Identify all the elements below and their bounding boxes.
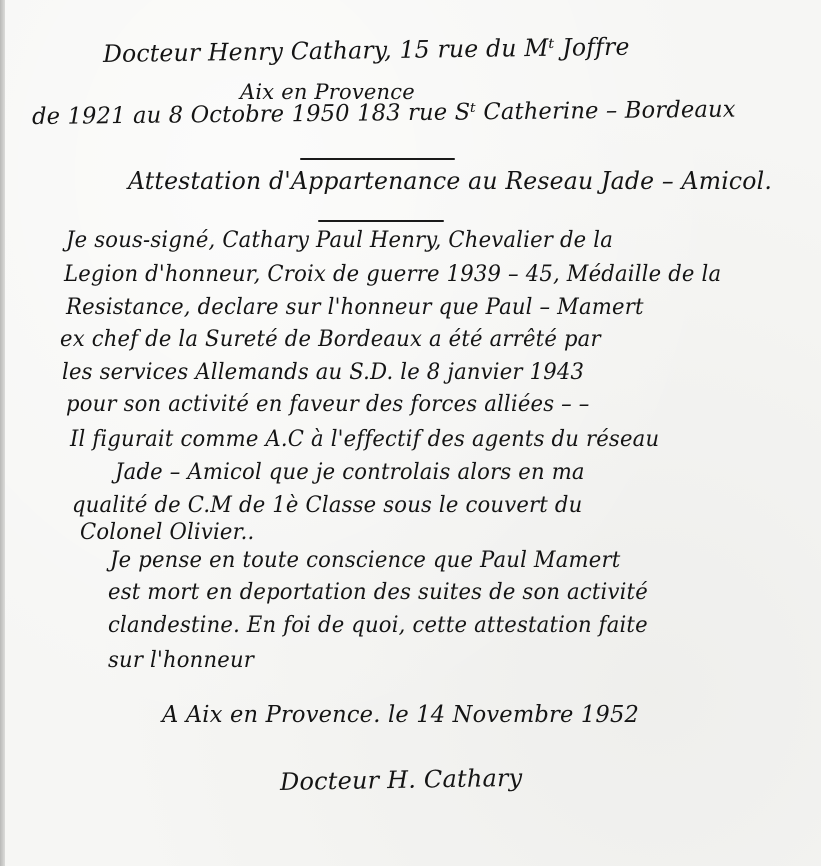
title-rule-above (300, 158, 455, 160)
signature: Docteur H. Cathary (280, 764, 523, 796)
place-and-date: A Aix en Provence. le 14 Novembre 1952 (162, 702, 639, 728)
body-line: Jade – Amicol que je controlais alors en… (115, 460, 585, 485)
title-rule-below (318, 220, 444, 222)
body-line: les services Allemands au S.D. le 8 janv… (62, 360, 584, 385)
document-title: Attestation d'Appartenance au Reseau Jad… (128, 167, 772, 195)
body-line: Legion d'honneur, Croix de guerre 1939 –… (64, 262, 721, 287)
body-line: sur l'honneur (108, 648, 254, 673)
body-line: Je sous-signé, Cathary Paul Henry, Cheva… (66, 228, 613, 253)
body-line: ex chef de la Sureté de Bordeaux a été a… (60, 327, 601, 352)
body-line: Colonel Olivier.. (80, 520, 254, 545)
scan-edge-shadow (0, 0, 5, 866)
letterhead-name-address: Docteur Henry Cathary, 15 rue du Mᵗ Joff… (103, 33, 630, 68)
letterhead-previous-address: de 1921 au 8 Octobre 1950 183 rue Sᵗ Cat… (32, 97, 736, 130)
body-line: clandestine. En foi de quoi, cette attes… (108, 613, 648, 638)
body-line: pour son activité en faveur des forces a… (66, 392, 590, 417)
scanned-letter-page: Docteur Henry Cathary, 15 rue du Mᵗ Joff… (0, 0, 821, 866)
body-line: Resistance, declare sur l'honneur que Pa… (66, 295, 644, 320)
body-line: Il figurait comme A.C à l'effectif des a… (70, 427, 659, 452)
body-line: est mort en deportation des suites de so… (108, 580, 648, 605)
body-line: Je pense en toute conscience que Paul Ma… (110, 548, 620, 573)
body-line: qualité de C.M de 1è Classe sous le couv… (72, 493, 582, 518)
